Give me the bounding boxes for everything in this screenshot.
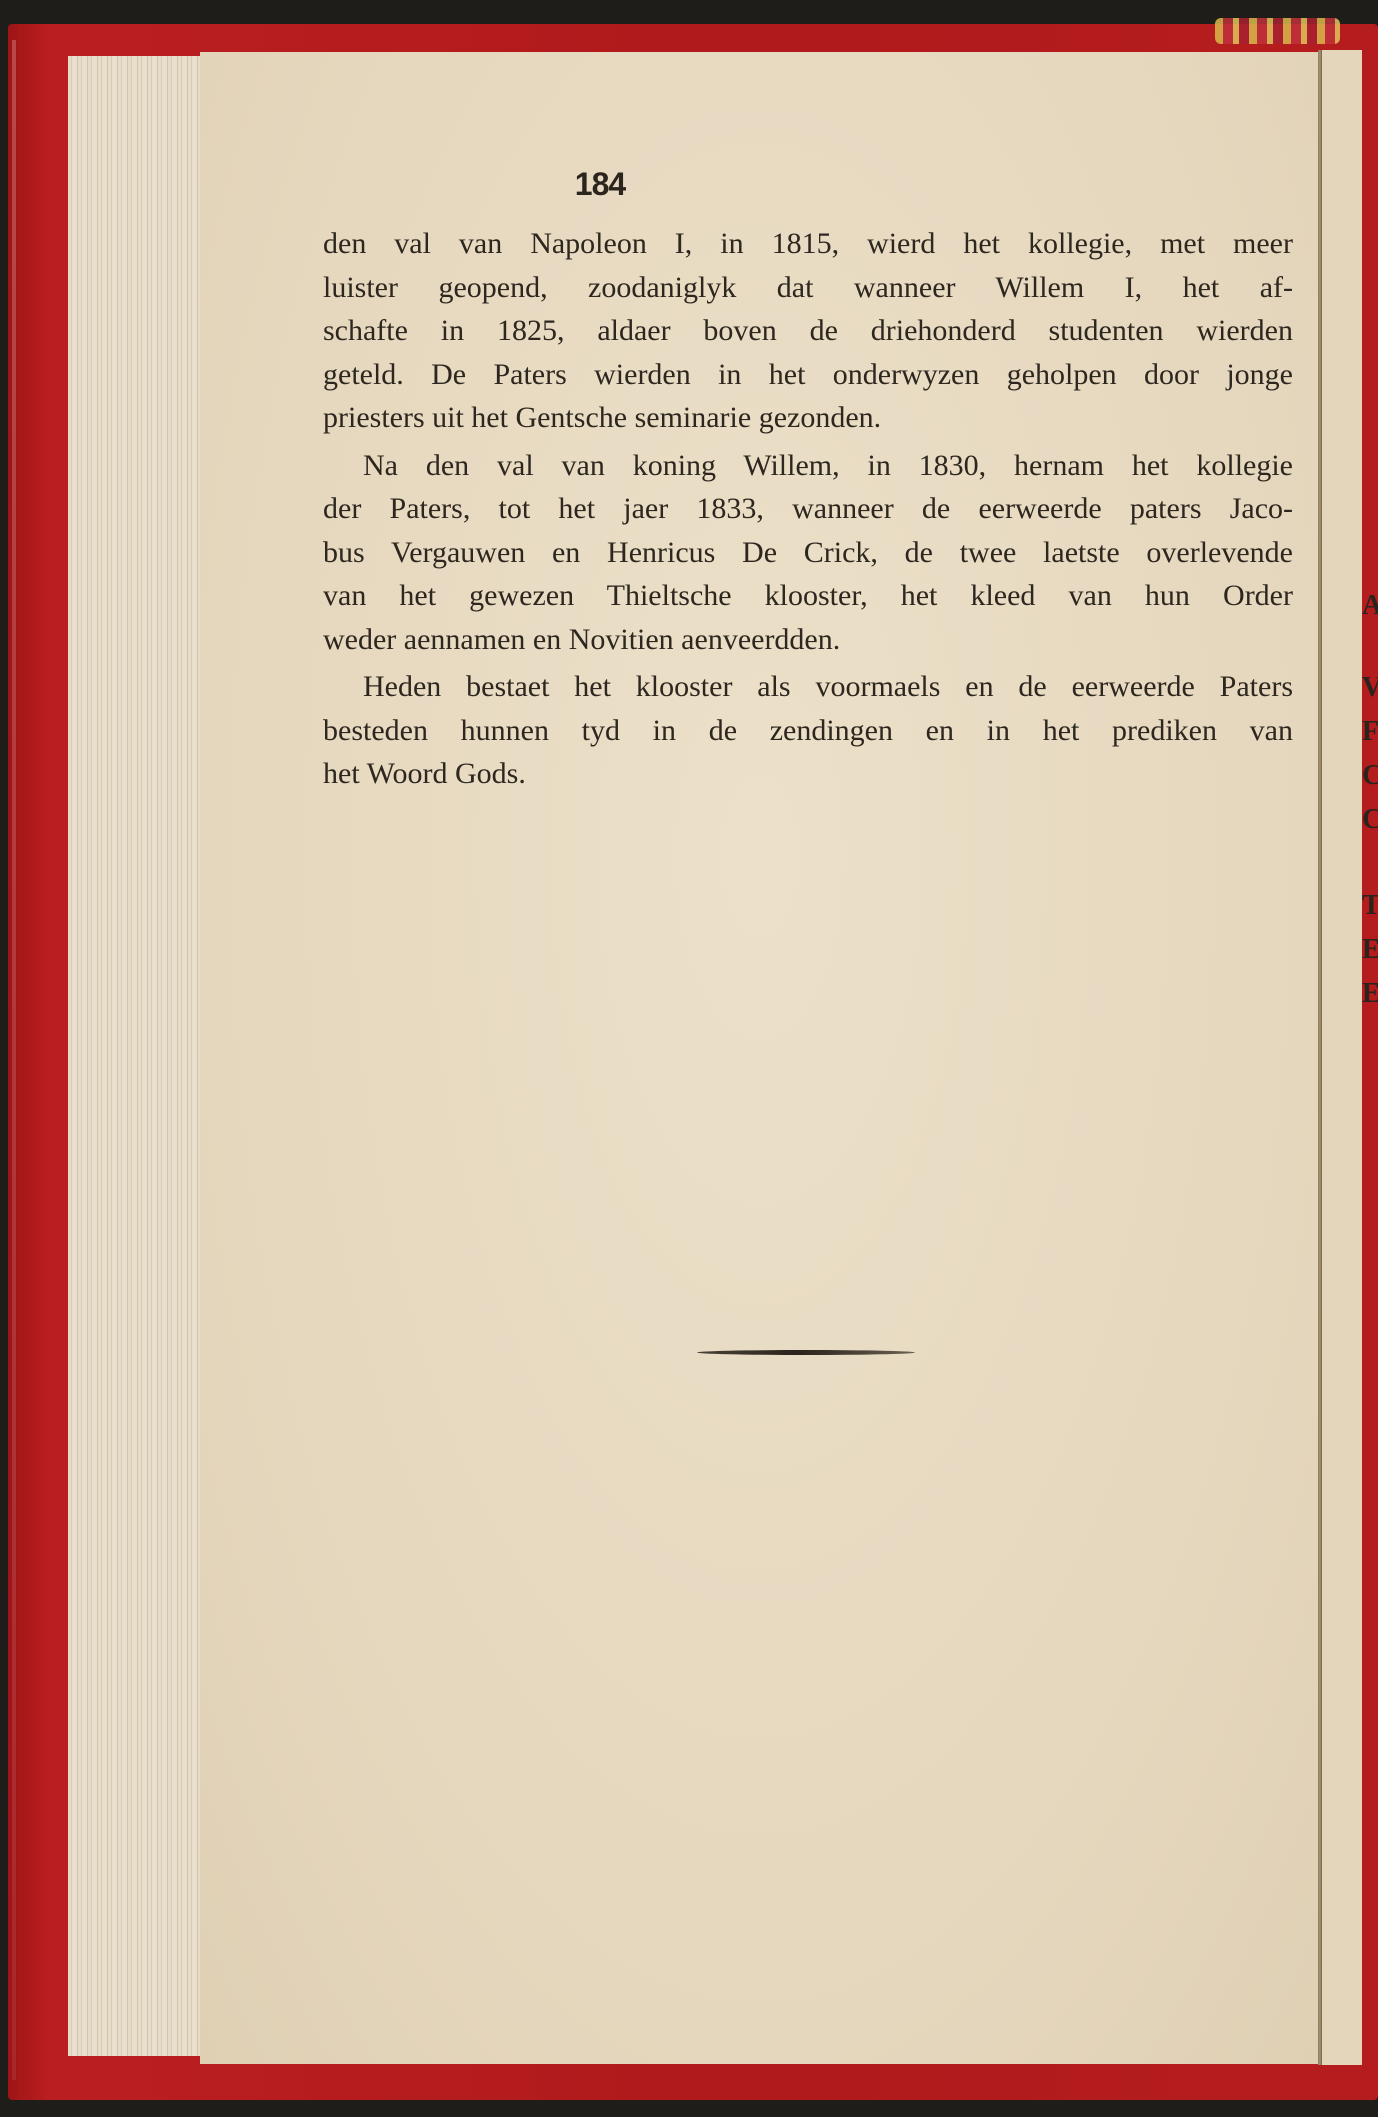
paragraph-1: den val van Napoleon I, in 1815, wierd h… — [323, 222, 1293, 440]
edge-letter: F — [1362, 716, 1378, 748]
text-line: Heden bestaet het klooster als voormaels… — [323, 665, 1293, 709]
edge-letter: A — [1362, 590, 1378, 622]
page-number: 184 — [565, 166, 635, 203]
headband — [1215, 18, 1340, 44]
text-line: geteld. De Paters wierden in het onderwy… — [323, 353, 1293, 397]
text-line: bus Vergauwen en Henricus De Crick, de t… — [323, 531, 1293, 575]
body-text: den val van Napoleon I, in 1815, wierd h… — [323, 222, 1293, 796]
text-line: den val van Napoleon I, in 1815, wierd h… — [323, 222, 1293, 266]
text-line: schafte in 1825, aldaer boven de driehon… — [323, 309, 1293, 353]
edge-letter: E — [1362, 978, 1378, 1010]
page-stack-edges — [68, 56, 208, 2056]
paragraph-3: Heden bestaet het klooster als voormaels… — [323, 665, 1293, 796]
edge-letter: E — [1362, 934, 1378, 966]
text-line: van het gewezen Thieltsche klooster, het… — [323, 574, 1293, 618]
text-line: luister geopend, zoodaniglyk dat wanneer… — [323, 266, 1293, 310]
edge-letter: V — [1362, 672, 1378, 704]
paragraph-2: Na den val van koning Willem, in 1830, h… — [323, 444, 1293, 662]
cover-wear — [12, 40, 16, 2080]
bleed-through-text — [290, 780, 1290, 1980]
edge-letter: T — [1362, 890, 1378, 922]
text-line: priesters uit het Gentsche seminarie gez… — [323, 396, 1293, 440]
text-line: Na den val van koning Willem, in 1830, h… — [323, 444, 1293, 488]
text-line: weder aennamen en Novitien aenveerdden. — [323, 618, 1293, 662]
section-divider-rule — [697, 1350, 915, 1355]
text-line: der Paters, tot het jaer 1833, wanneer d… — [323, 487, 1293, 531]
right-page-sliver — [1322, 50, 1362, 2065]
edge-letter: C — [1362, 804, 1378, 836]
text-line: het Woord Gods. — [323, 752, 1293, 796]
edge-letter: C — [1362, 760, 1378, 792]
text-line: besteden hunnen tyd in de zendingen en i… — [323, 709, 1293, 753]
